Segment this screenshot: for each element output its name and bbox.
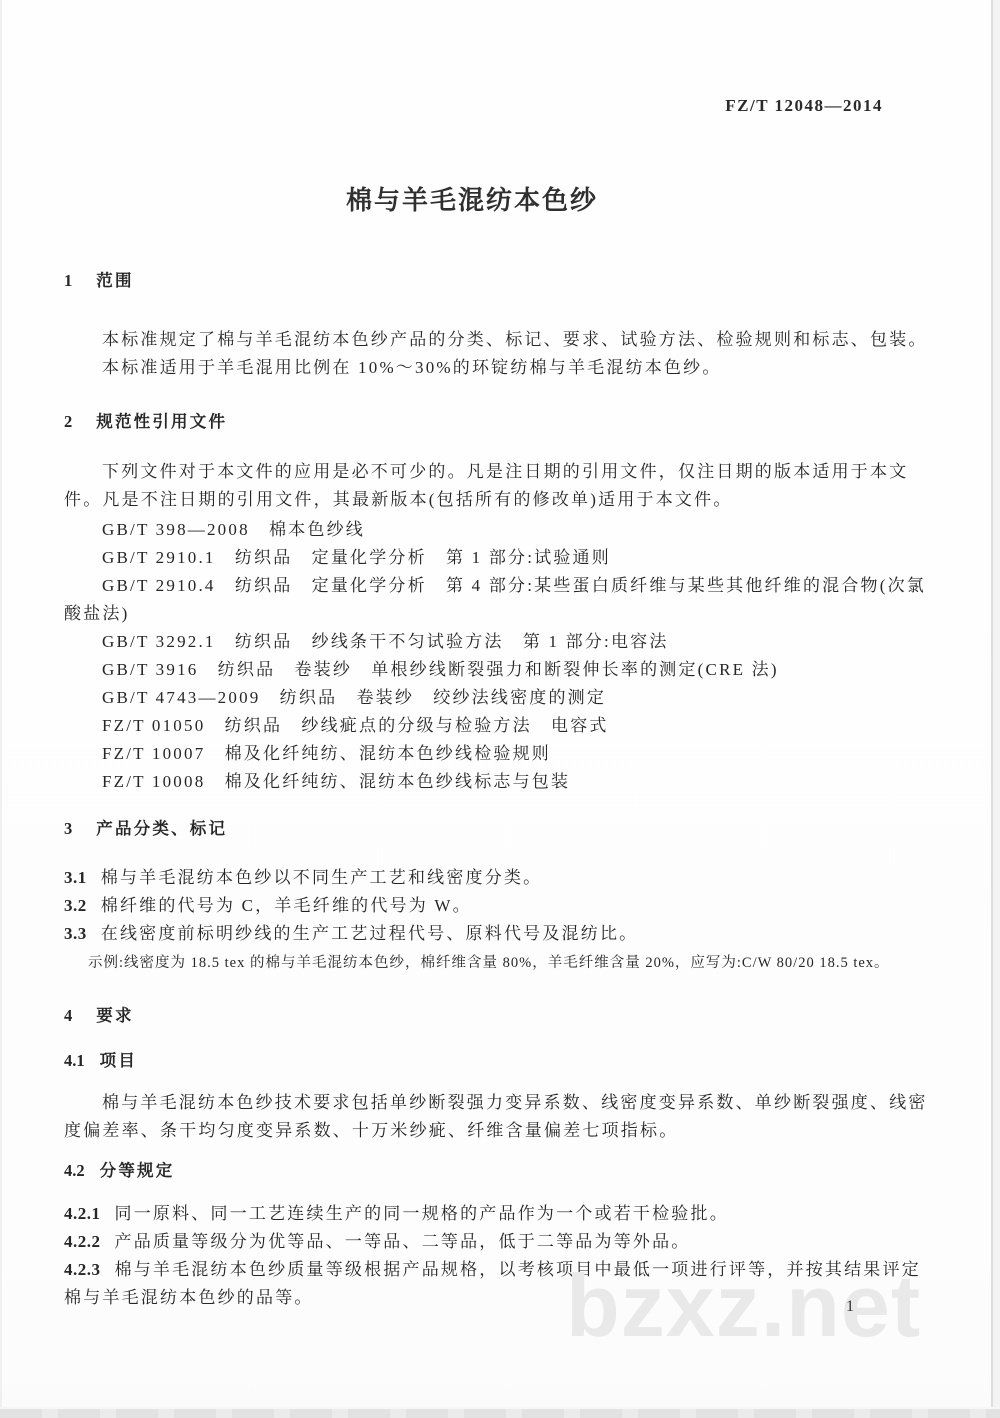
- clause-4-2-2: 4.2.2产品质量等级分为优等品、一等品、二等品，低于二等品为等外品。: [64, 1228, 940, 1256]
- section-1-title: 范围: [96, 271, 133, 290]
- watermark: bzxz.net: [566, 1255, 921, 1357]
- section-4-2-heading: 4.2分等规定: [64, 1160, 940, 1182]
- reference-item: FZ/T 10008 棉及化纤纯纺、混纺本色纱线标志与包装: [64, 768, 940, 796]
- section-1-heading: 1范围: [64, 270, 940, 292]
- clause-3-2: 3.2棉纤维的代号为 C，羊毛纤维的代号为 W。: [64, 892, 940, 920]
- clause-3-1: 3.1棉与羊毛混纺本色纱以不同生产工艺和线密度分类。: [64, 864, 940, 892]
- section-4-2-title: 分等规定: [100, 1161, 175, 1180]
- section-4-1-heading: 4.1项目: [64, 1050, 940, 1072]
- section-2-intro: 下列文件对于本文件的应用是必不可少的。凡是注日期的引用文件，仅注日期的版本适用于…: [64, 458, 940, 514]
- clause-text: 产品质量等级分为优等品、一等品、二等品，低于二等品为等外品。: [115, 1232, 691, 1251]
- section-4-title: 要求: [96, 1006, 133, 1025]
- section-4-1-paragraph: 棉与羊毛混纺本色纱技术要求包括单纱断裂强力变异系数、线密度变异系数、单纱断裂强度…: [64, 1089, 940, 1145]
- clause-text: 同一原料、同一工艺连续生产的同一规格的产品作为一个或若干检验批。: [115, 1204, 729, 1223]
- document-body: 1范围 本标准规定了棉与羊毛混纺本色纱产品的分类、标记、要求、试验方法、检验规则…: [64, 270, 940, 1312]
- scan-left-edge: [0, 0, 2, 1418]
- reference-item: FZ/T 10007 棉及化纤纯纺、混纺本色纱线检验规则: [64, 740, 940, 768]
- section-1-paragraph-2: 本标准适用于羊毛混用比例在 10%～30%的环锭纺棉与羊毛混纺本色纱。: [64, 354, 940, 382]
- section-1-number: 1: [64, 270, 72, 292]
- scan-bottom-edge: [0, 1407, 1000, 1418]
- section-3-heading: 3产品分类、标记: [64, 818, 940, 840]
- section-4-1-title: 项目: [100, 1051, 137, 1070]
- reference-item: FZ/T 01050 纺织品 纱线疵点的分级与检验方法 电容式: [64, 712, 940, 740]
- section-4-2-number: 4.2: [64, 1160, 85, 1182]
- section-3-items: 3.1棉与羊毛混纺本色纱以不同生产工艺和线密度分类。 3.2棉纤维的代号为 C，…: [64, 864, 940, 948]
- normative-references-list: GB/T 398—2008 棉本色纱线 GB/T 2910.1 纺织品 定量化学…: [64, 516, 940, 796]
- standard-code: FZ/T 12048—2014: [725, 96, 883, 116]
- section-3-title: 产品分类、标记: [96, 819, 227, 838]
- document-page: FZ/T 12048—2014 棉与羊毛混纺本色纱 1范围 本标准规定了棉与羊毛…: [0, 0, 1000, 1418]
- section-1-paragraph-1: 本标准规定了棉与羊毛混纺本色纱产品的分类、标记、要求、试验方法、检验规则和标志、…: [64, 326, 940, 354]
- scan-right-edge: [991, 0, 1000, 1418]
- section-4-1-number: 4.1: [64, 1050, 85, 1072]
- clause-3-3-example: 示例:线密度为 18.5 tex 的棉与羊毛混纺本色纱，棉纤维含量 80%，羊毛…: [64, 950, 940, 976]
- clause-number: 4.2.2: [64, 1232, 101, 1251]
- section-2-number: 2: [64, 411, 72, 433]
- clause-number: 3.3: [64, 924, 87, 943]
- clause-3-3: 3.3在线密度前标明纱线的生产工艺过程代号、原料代号及混纺比。: [64, 920, 940, 948]
- clause-text: 棉纤维的代号为 C，羊毛纤维的代号为 W。: [101, 896, 472, 915]
- reference-item: GB/T 2910.1 纺织品 定量化学分析 第 1 部分:试验通则: [64, 544, 940, 572]
- clause-4-2-1: 4.2.1同一原料、同一工艺连续生产的同一规格的产品作为一个或若干检验批。: [64, 1200, 940, 1228]
- reference-item: GB/T 4743—2009 纺织品 卷装纱 绞纱法线密度的测定: [64, 684, 940, 712]
- page-number: 1: [846, 1298, 854, 1316]
- section-3-number: 3: [64, 818, 72, 840]
- document-title: 棉与羊毛混纺本色纱: [0, 180, 944, 217]
- reference-item: GB/T 3292.1 纺织品 纱线条干不匀试验方法 第 1 部分:电容法: [64, 628, 940, 656]
- clause-number: 3.2: [64, 896, 87, 915]
- section-2-heading: 2规范性引用文件: [64, 411, 940, 433]
- section-4-heading: 4要求: [64, 1005, 940, 1027]
- clause-text: 棉与羊毛混纺本色纱以不同生产工艺和线密度分类。: [101, 868, 543, 887]
- reference-item: GB/T 2910.4 纺织品 定量化学分析 第 4 部分:某些蛋白质纤维与某些…: [64, 572, 940, 628]
- clause-number: 3.1: [64, 868, 87, 887]
- clause-text: 在线密度前标明纱线的生产工艺过程代号、原料代号及混纺比。: [101, 924, 639, 943]
- section-2-title: 规范性引用文件: [96, 412, 227, 431]
- clause-number: 4.2.1: [64, 1204, 101, 1223]
- section-4-number: 4: [64, 1005, 72, 1027]
- reference-item: GB/T 3916 纺织品 卷装纱 单根纱线断裂强力和断裂伸长率的测定(CRE …: [64, 656, 940, 684]
- clause-number: 4.2.3: [64, 1260, 101, 1279]
- reference-item: GB/T 398—2008 棉本色纱线: [64, 516, 940, 544]
